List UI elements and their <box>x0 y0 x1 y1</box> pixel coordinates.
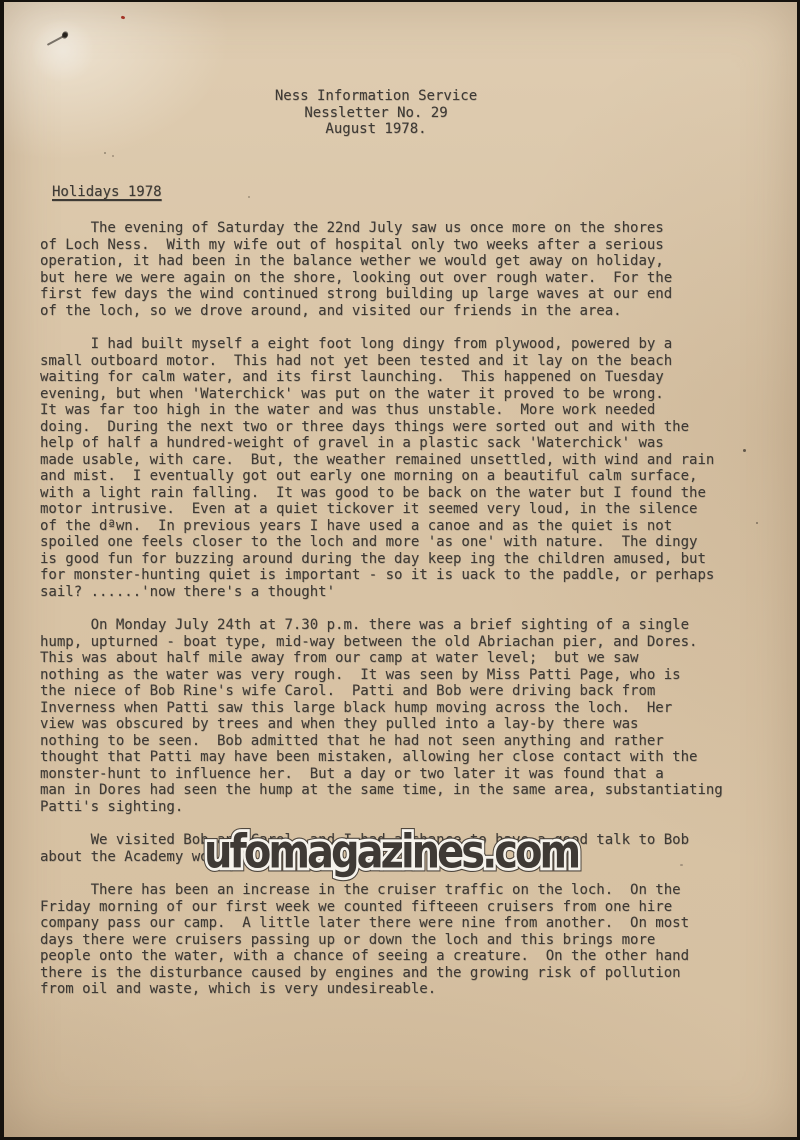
newsletter-issue: Nessletter No. 29 <box>40 105 712 122</box>
paragraph-2: I had built myself a eight foot long din… <box>40 336 752 600</box>
scanned-newsletter-page: Ness Information Service Nessletter No. … <box>4 2 797 1137</box>
section-heading-text: Holidays 1978 <box>52 184 162 200</box>
watermark-text: ufomagazines.com <box>204 826 578 879</box>
newsletter-date: August 1978. <box>40 121 712 138</box>
newsletter-title: Ness Information Service <box>40 88 712 105</box>
newsletter-header: Ness Information Service Nessletter No. … <box>40 88 712 138</box>
paragraph-5: There has been an increase in the cruise… <box>40 882 752 998</box>
paragraph-1: The evening of Saturday the 22nd July sa… <box>40 220 752 319</box>
document-body: The evening of Saturday the 22nd July sa… <box>40 220 752 998</box>
paragraph-3: On Monday July 24th at 7.30 p.m. there w… <box>40 617 752 815</box>
section-heading: Holidays 1978 <box>52 184 162 201</box>
paper-speck <box>756 522 758 524</box>
